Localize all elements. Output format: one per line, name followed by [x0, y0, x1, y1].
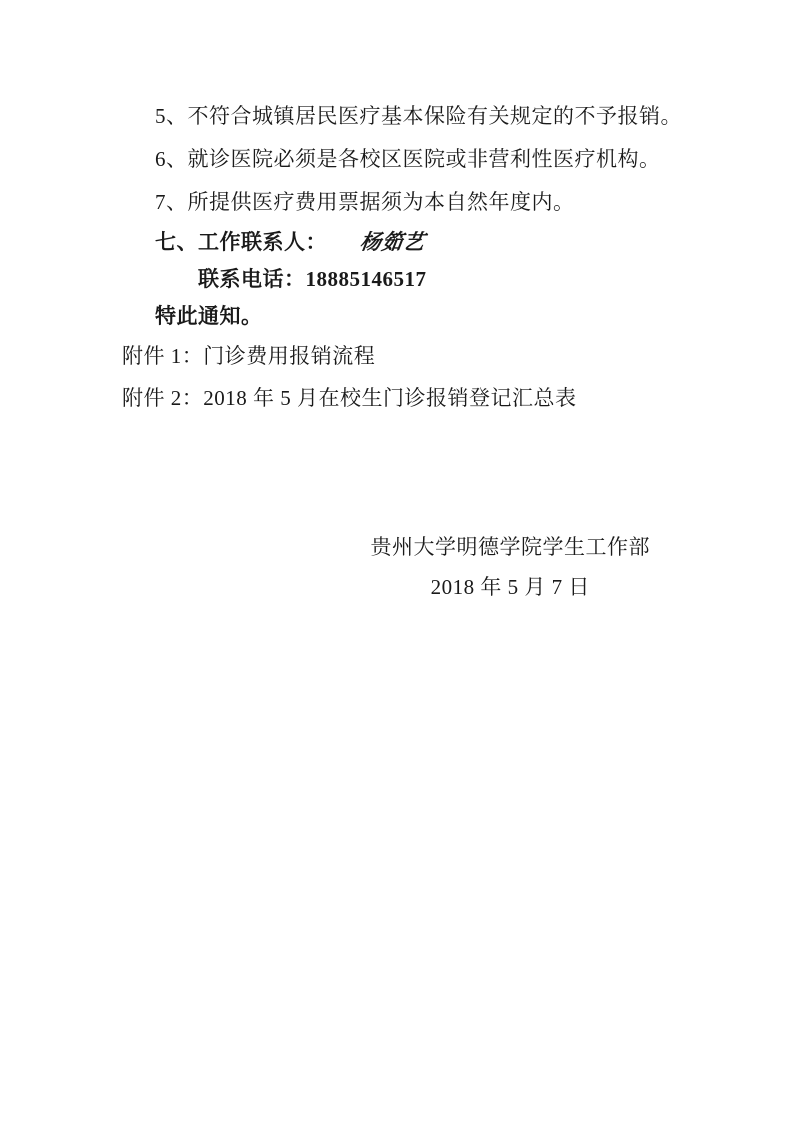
signature-block: 贵州大学明德学院学生工作部 2018 年 5 月 7 日 — [371, 527, 651, 607]
attachment-item-2: 附件 2：2018 年 5 月在校生门诊报销登记汇总表 — [122, 377, 675, 419]
rule-item-7: 7、所提供医疗费用票据须为本自然年度内。 — [122, 181, 675, 224]
phone-number: 18885146517 — [306, 267, 427, 291]
rule-item-5: 5、不符合城镇居民医疗基本保险有关规定的不予报销。 — [122, 95, 675, 138]
contact-line: 七、工作联系人：杨筎艺 — [122, 224, 675, 261]
contact-name: 杨筎艺 — [324, 224, 427, 261]
notice-line: 特此通知。 — [122, 298, 675, 335]
phone-label: 联系电话： — [198, 267, 306, 291]
phone-line: 联系电话：18885146517 — [122, 261, 675, 298]
rule-item-6: 6、就诊医院必须是各校区医院或非营利性医疗机构。 — [122, 138, 675, 181]
signature-org: 贵州大学明德学院学生工作部 — [371, 527, 651, 567]
contact-heading: 七、工作联系人： — [155, 230, 327, 254]
attachment-item-1: 附件 1：门诊费用报销流程 — [122, 335, 675, 377]
signature-date: 2018 年 5 月 7 日 — [371, 567, 651, 607]
document-page: 5、不符合城镇居民医疗基本保险有关规定的不予报销。 6、就诊医院必须是各校区医院… — [0, 0, 793, 1122]
